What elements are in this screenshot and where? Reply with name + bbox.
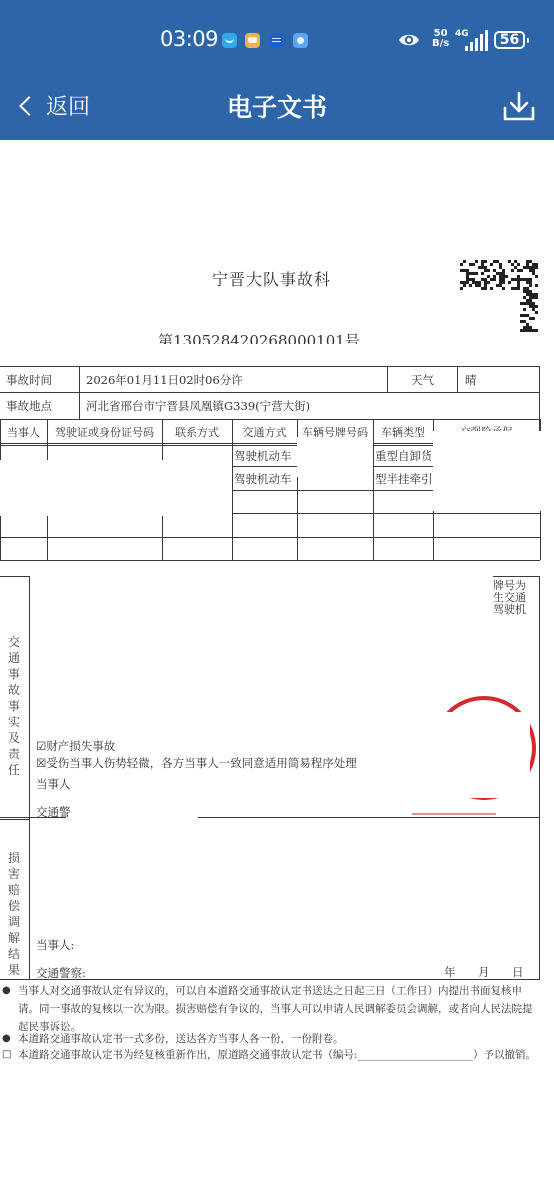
note-item: ●当事人对交通事故认定有异议的，可以自本道路交通事故认定书送达之日起三日（工作日… [18,982,542,1036]
facts-text-fragment: 牌号为生交通驾驶机 [493,580,533,616]
network-speed: 50 B/s [432,29,449,49]
date-day: 日 [512,964,524,980]
checkbox-checked-icon: ☑ [36,739,46,753]
status-time: 03:09 [160,27,218,51]
accident-location-label: 事故地点 [6,398,52,414]
bullet-icon: ● [2,982,11,1000]
facts-section-label: 交通事故事实及责任 [7,634,21,778]
battery-icon: 56 [494,31,525,49]
signal-icon: 4G [455,29,489,51]
note-text: 当事人对交通事故认定有异议的，可以自本道路交通事故认定书送达之日起三日（工作日）… [18,985,533,1033]
message-icon [245,33,260,48]
option-property-loss: ☑财产损失事故 [36,738,115,754]
download-icon[interactable] [502,90,536,122]
document-number: 第130528420268000101号 [158,330,360,344]
option-minor-injury-label: 受伤当事人伤势轻微，各方当事人一致同意适用简易程序处理 [46,756,357,770]
app-header: 03:09 50 B/s 4G 56 [0,0,554,140]
officer-signature-label: 交通警 [36,804,71,820]
table-cell: 型半挂牵引 [375,471,431,487]
weather-value: 晴 [465,372,477,388]
weather-label: 天气 [411,372,434,388]
date-month: 月 [478,964,490,980]
accident-time-label: 事故时间 [6,372,52,388]
accident-location-value: 河北省邢台市宁晋县凤凰镇G339(宁营大街) [86,398,310,414]
table-header: 当事人 [0,424,47,440]
table-header: 联系方式 [162,424,232,440]
table-cell: 驾驶机动车 [234,448,295,464]
network-type: 4G [455,29,469,39]
option-property-loss-label: 财产损失事故 [46,739,115,753]
table-cell: 驾驶机动车 [234,471,295,487]
battery-level: 56 [500,32,519,48]
note-text: 本道路交通事故认定书一式多份，送达各方当事人各一份，一份附卷。 [18,1033,344,1045]
network-speed-unit: B/s [432,39,449,49]
security-app-icon [293,33,308,48]
checkbox-empty-icon: □ [2,1046,11,1064]
party-signature-label: 当事人 [36,776,71,792]
date-year: 年 [444,964,456,980]
accident-document: 宁晋大队事故科 第130528420268000101号 事故时间 2026年0… [0,140,554,1200]
table-header: 交通方式 [232,424,297,440]
status-bar: 03:09 50 B/s 4G 56 [0,26,554,60]
nav-bar: 返回 电子文书 [0,80,554,134]
issuing-unit: 宁晋大队事故科 [212,267,331,290]
mediation-section-label: 损害赔偿调解结果 [7,850,21,978]
shopping-bag-icon [222,33,237,48]
mediation-party-label: 当事人: [36,937,74,953]
table-cell: 重型自卸货车 [375,448,431,464]
qr-code [460,260,538,332]
eye-comfort-icon [398,32,420,48]
page-title: 电子文书 [0,88,554,124]
note-item: □本道路交通事故认定书为经复核重新作出，原道路交通事故认定书（编号:______… [18,1046,542,1064]
accident-time-value: 2026年01月11日02时06分许 [86,372,243,388]
checkbox-checked-icon: ☒ [36,756,46,770]
note-text: 本道路交通事故认定书为经复核重新作出，原道路交通事故认定书（编号:_______… [18,1049,536,1061]
mediation-officer-label: 交通警察: [36,965,86,981]
calendar-app-icon [269,33,284,48]
table-header: 驾驶证或身份证号码 [47,424,162,440]
table-header: 车辆类型 [373,424,433,440]
option-minor-injury: ☒受伤当事人伤势轻微，各方当事人一致同意适用简易程序处理 [36,755,357,771]
